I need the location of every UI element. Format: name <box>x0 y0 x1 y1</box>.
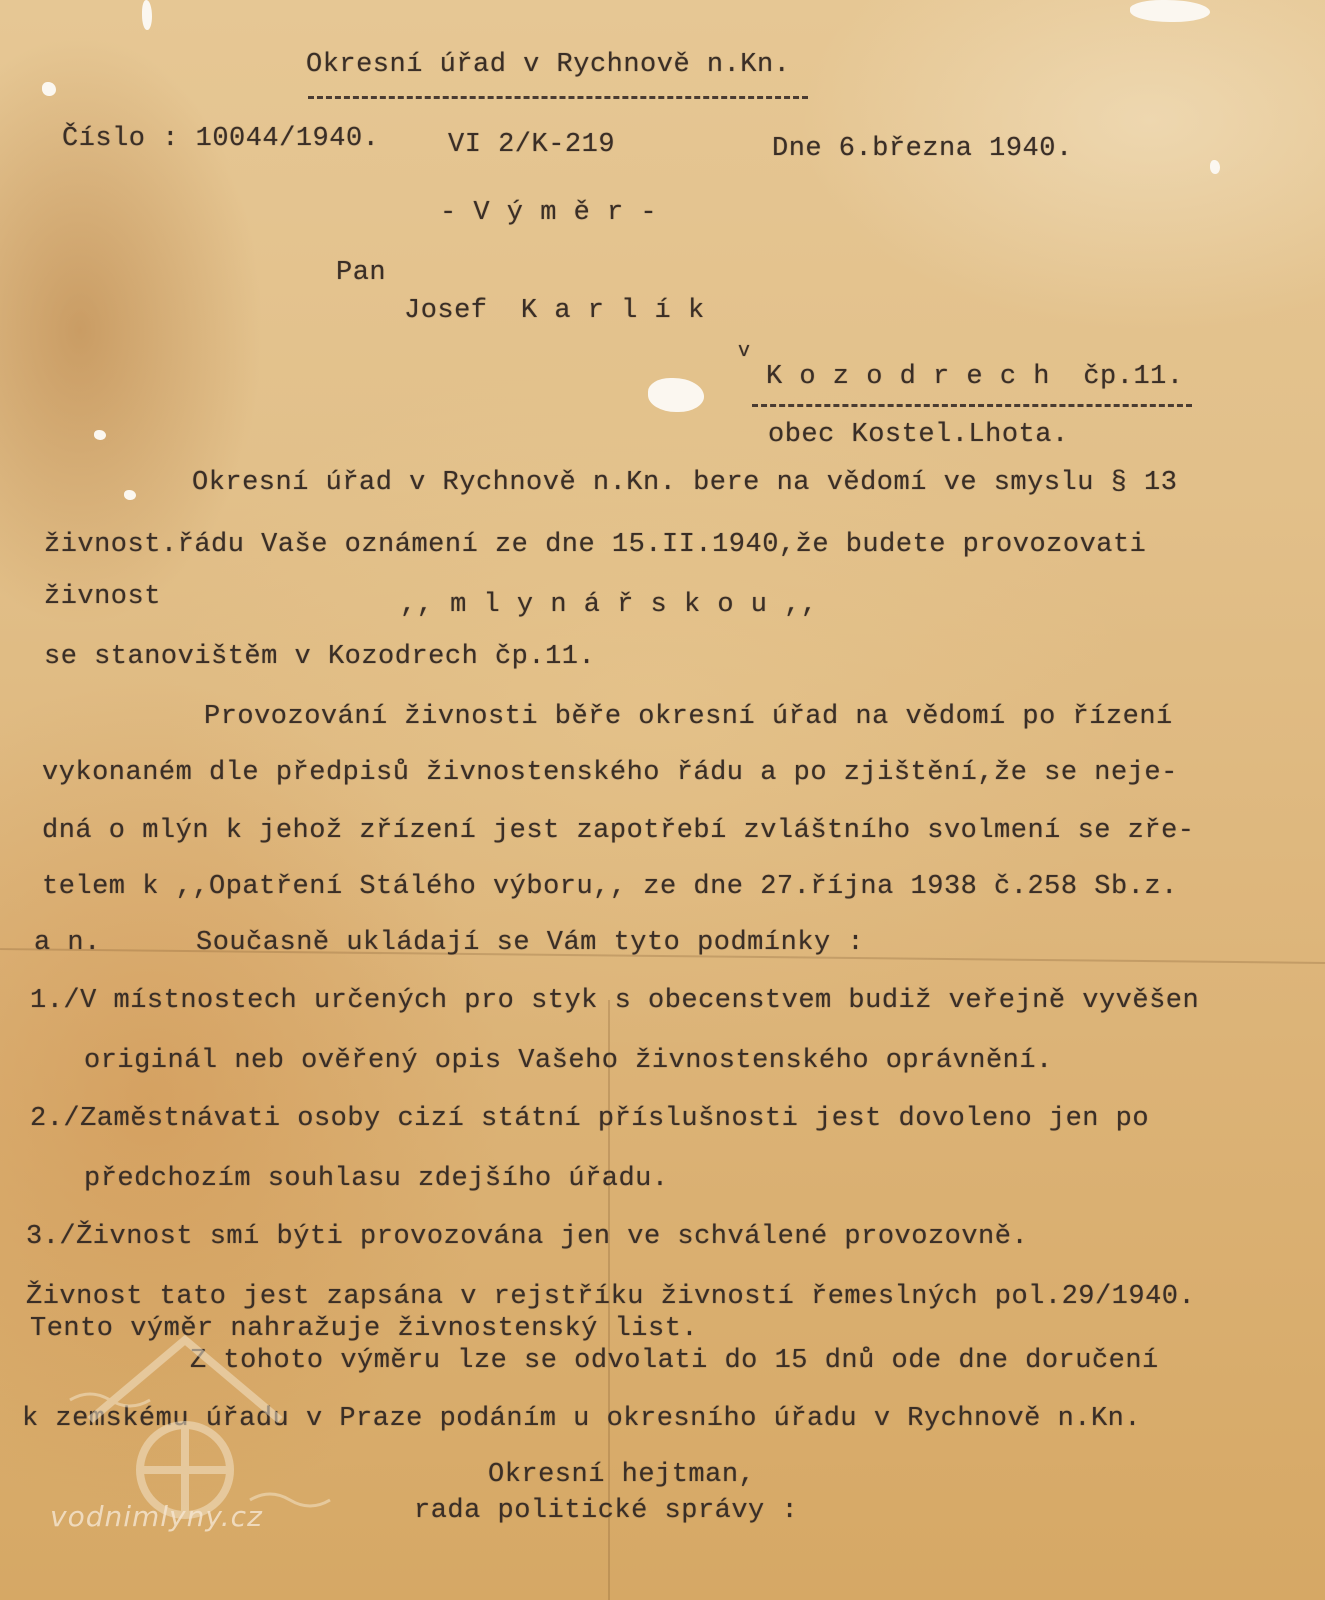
addressee-prefix: v <box>738 340 751 363</box>
condition-1-cont: originál neb ověřený opis Vašeho živnost… <box>84 1046 1053 1076</box>
condition-2: 2./Zaměstnávati osoby cizí státní příslu… <box>30 1104 1149 1134</box>
body-line: živnost.řádu Vaše oznámení ze dne 15.II.… <box>44 530 1146 560</box>
condition-3: 3./Živnost smí býti provozována jen ve s… <box>26 1222 1028 1252</box>
body-line: Provozování živnosti běře okresní úřad n… <box>204 702 1173 732</box>
document-page: Okresní úřad v Rychnově n.Kn. Číslo : 10… <box>0 0 1325 1600</box>
conditions-intro: Současně ukládají se Vám tyto podmínky : <box>196 928 864 958</box>
body-line: telem k ,,Opatření Stálého výboru,, ze d… <box>42 872 1178 902</box>
condition-2-cont: předchozím souhlasu zdejšího úřadu. <box>84 1164 669 1194</box>
paper-tear <box>142 0 152 30</box>
addressee-salutation: Pan <box>336 258 386 288</box>
trade-name: ,, m l y n á ř s k o u ,, <box>400 590 818 620</box>
reference-code: VI 2/K-219 <box>448 130 615 160</box>
body-line: vykonaném dle předpisů živnostenského řá… <box>42 758 1178 788</box>
paper-tear <box>648 378 704 412</box>
body-line: a n. <box>34 928 101 958</box>
signature-subtitle: rada politické správy : <box>414 1496 798 1526</box>
paper-tear <box>94 430 106 440</box>
document-date: Dne 6.března 1940. <box>772 134 1073 164</box>
registry-note: Živnost tato jest zapsána v rejstříku ži… <box>26 1282 1195 1312</box>
paper-tear <box>1130 0 1210 22</box>
paper-tear <box>124 490 136 500</box>
addressee-municipality: obec Kostel.Lhota. <box>768 420 1069 450</box>
office-heading: Okresní úřad v Rychnově n.Kn. <box>306 50 790 80</box>
condition-1: 1./V místnostech určených pro styk s obe… <box>30 986 1199 1016</box>
body-line: živnost <box>44 582 161 612</box>
watermark-text: vodnimlyny.cz <box>50 1500 263 1533</box>
addressee-place: K o z o d r e c h čp.11. <box>766 362 1184 392</box>
body-line: Okresní úřad v Rychnově n.Kn. bere na vě… <box>192 468 1177 498</box>
document-title: - V ý m ě r - <box>440 198 657 228</box>
addressee-name: Josef K a r l í k <box>404 296 705 326</box>
heading-underline <box>308 96 808 99</box>
reference-number: Číslo : 10044/1940. <box>62 124 379 154</box>
signature-title: Okresní hejtman, <box>488 1460 755 1490</box>
body-line: dná o mlýn k jehož zřízení jest zapotřeb… <box>42 816 1194 846</box>
place-underline <box>752 404 1192 407</box>
body-line: se stanovištěm v Kozodrech čp.11. <box>44 642 595 672</box>
paper-tear <box>1210 160 1220 174</box>
paper-tear <box>42 82 56 96</box>
